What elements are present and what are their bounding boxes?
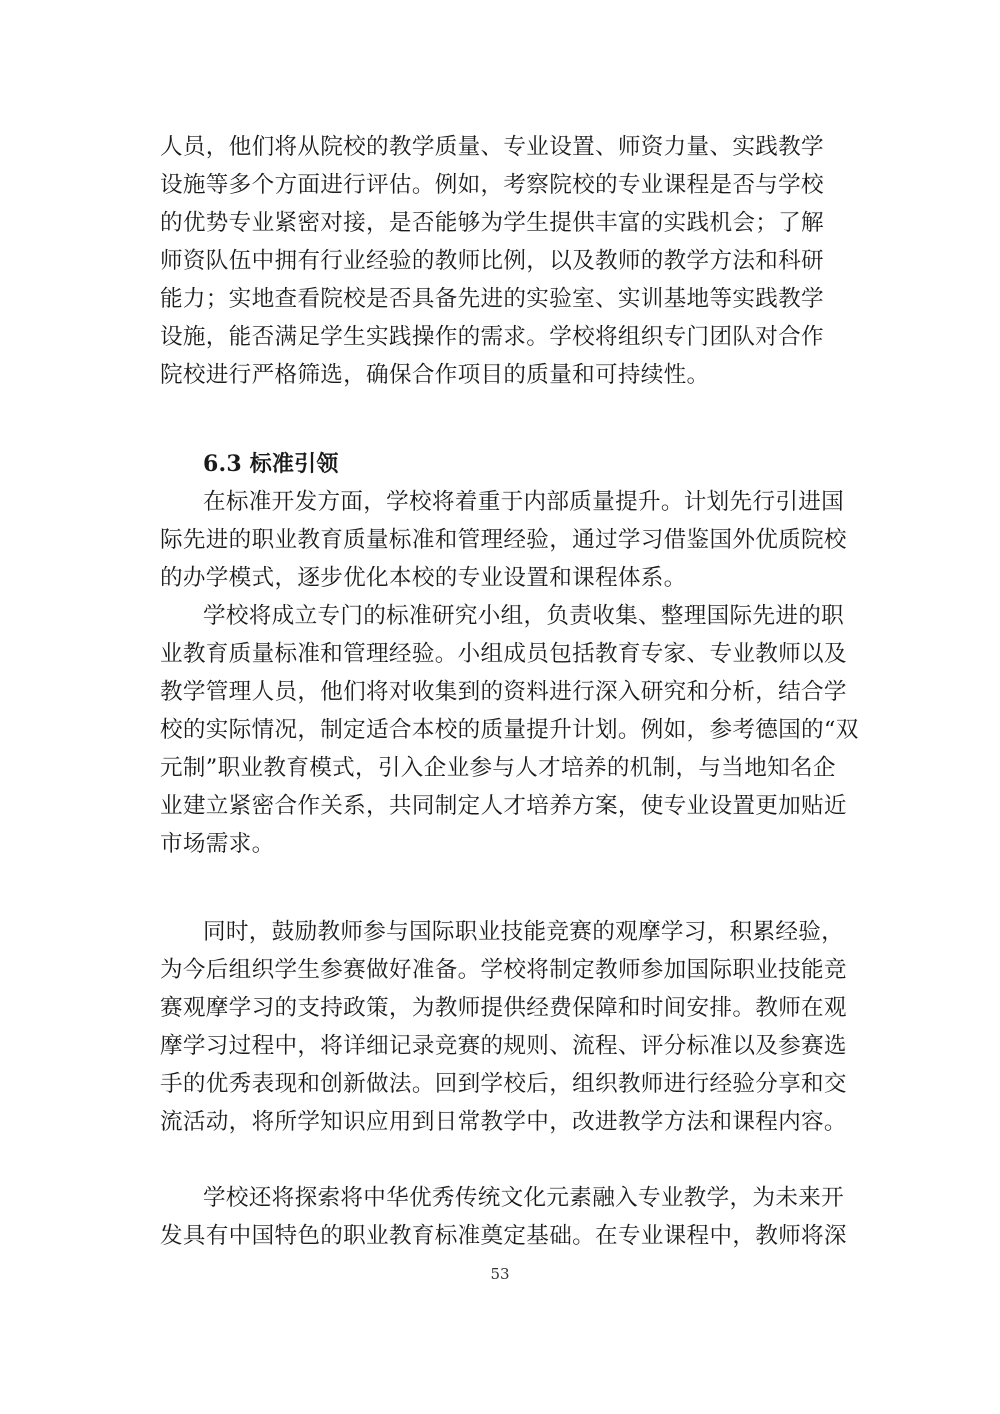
text-line: 设施，能否满足学生实践操作的需求。学校将组织专门团队对合作 bbox=[160, 319, 846, 355]
text-line: 同时，鼓励教师参与国际职业技能竞赛的观摩学习，积累经验， bbox=[203, 914, 846, 950]
text-line: 赛观摩学习的支持政策，为教师提供经费保障和时间安排。教师在观 bbox=[160, 990, 846, 1026]
text-line: 业教育质量标准和管理经验。小组成员包括教育专家、专业教师以及 bbox=[160, 636, 846, 672]
document-page: 人员，他们将从院校的教学质量、专业设置、师资力量、实践教学 设施等多个方面进行评… bbox=[0, 0, 1000, 1414]
text-line: 的优势专业紧密对接，是否能够为学生提供丰富的实践机会；了解 bbox=[160, 205, 846, 241]
text-line: 校的实际情况，制定适合本校的质量提升计划。例如，参考德国的“双 bbox=[160, 712, 846, 748]
text-line: 摩学习过程中，将详细记录竞赛的规则、流程、评分标准以及参赛选 bbox=[160, 1028, 846, 1064]
text-line: 院校进行严格筛选，确保合作项目的质量和可持续性。 bbox=[160, 357, 846, 393]
text-line: 人员，他们将从院校的教学质量、专业设置、师资力量、实践教学 bbox=[160, 129, 846, 165]
text-line: 教学管理人员，他们将对收集到的资料进行深入研究和分析，结合学 bbox=[160, 674, 846, 710]
text-line: 为今后组织学生参赛做好准备。学校将制定教师参加国际职业技能竞 bbox=[160, 952, 846, 988]
text-line: 元制”职业教育模式，引入企业参与人才培养的机制，与当地知名企 bbox=[160, 750, 846, 786]
page-number: 53 bbox=[0, 1263, 1000, 1285]
text-line: 学校将成立专门的标准研究小组，负责收集、整理国际先进的职 bbox=[203, 598, 846, 634]
text-line: 手的优秀表现和创新做法。回到学校后，组织教师进行经验分享和交 bbox=[160, 1066, 846, 1102]
section-heading: 6.3 标准引领 bbox=[203, 446, 339, 482]
text-line: 在标准开发方面，学校将着重于内部质量提升。计划先行引进国 bbox=[203, 484, 846, 520]
text-line: 业建立紧密合作关系，共同制定人才培养方案，使专业设置更加贴近 bbox=[160, 788, 846, 824]
text-line: 能力；实地查看院校是否具备先进的实验室、实训基地等实践教学 bbox=[160, 281, 846, 317]
text-line: 师资队伍中拥有行业经验的教师比例，以及教师的教学方法和科研 bbox=[160, 243, 846, 279]
text-line: 学校还将探索将中华优秀传统文化元素融入专业教学，为未来开 bbox=[203, 1180, 846, 1216]
text-line: 流活动，将所学知识应用到日常教学中，改进教学方法和课程内容。 bbox=[160, 1104, 846, 1140]
text-line: 际先进的职业教育质量标准和管理经验，通过学习借鉴国外优质院校 bbox=[160, 522, 846, 558]
text-line: 的办学模式，逐步优化本校的专业设置和课程体系。 bbox=[160, 560, 846, 596]
text-line: 发具有中国特色的职业教育标准奠定基础。在专业课程中，教师将深 bbox=[160, 1218, 846, 1254]
text-line: 设施等多个方面进行评估。例如，考察院校的专业课程是否与学校 bbox=[160, 167, 846, 203]
text-line: 市场需求。 bbox=[160, 826, 846, 862]
